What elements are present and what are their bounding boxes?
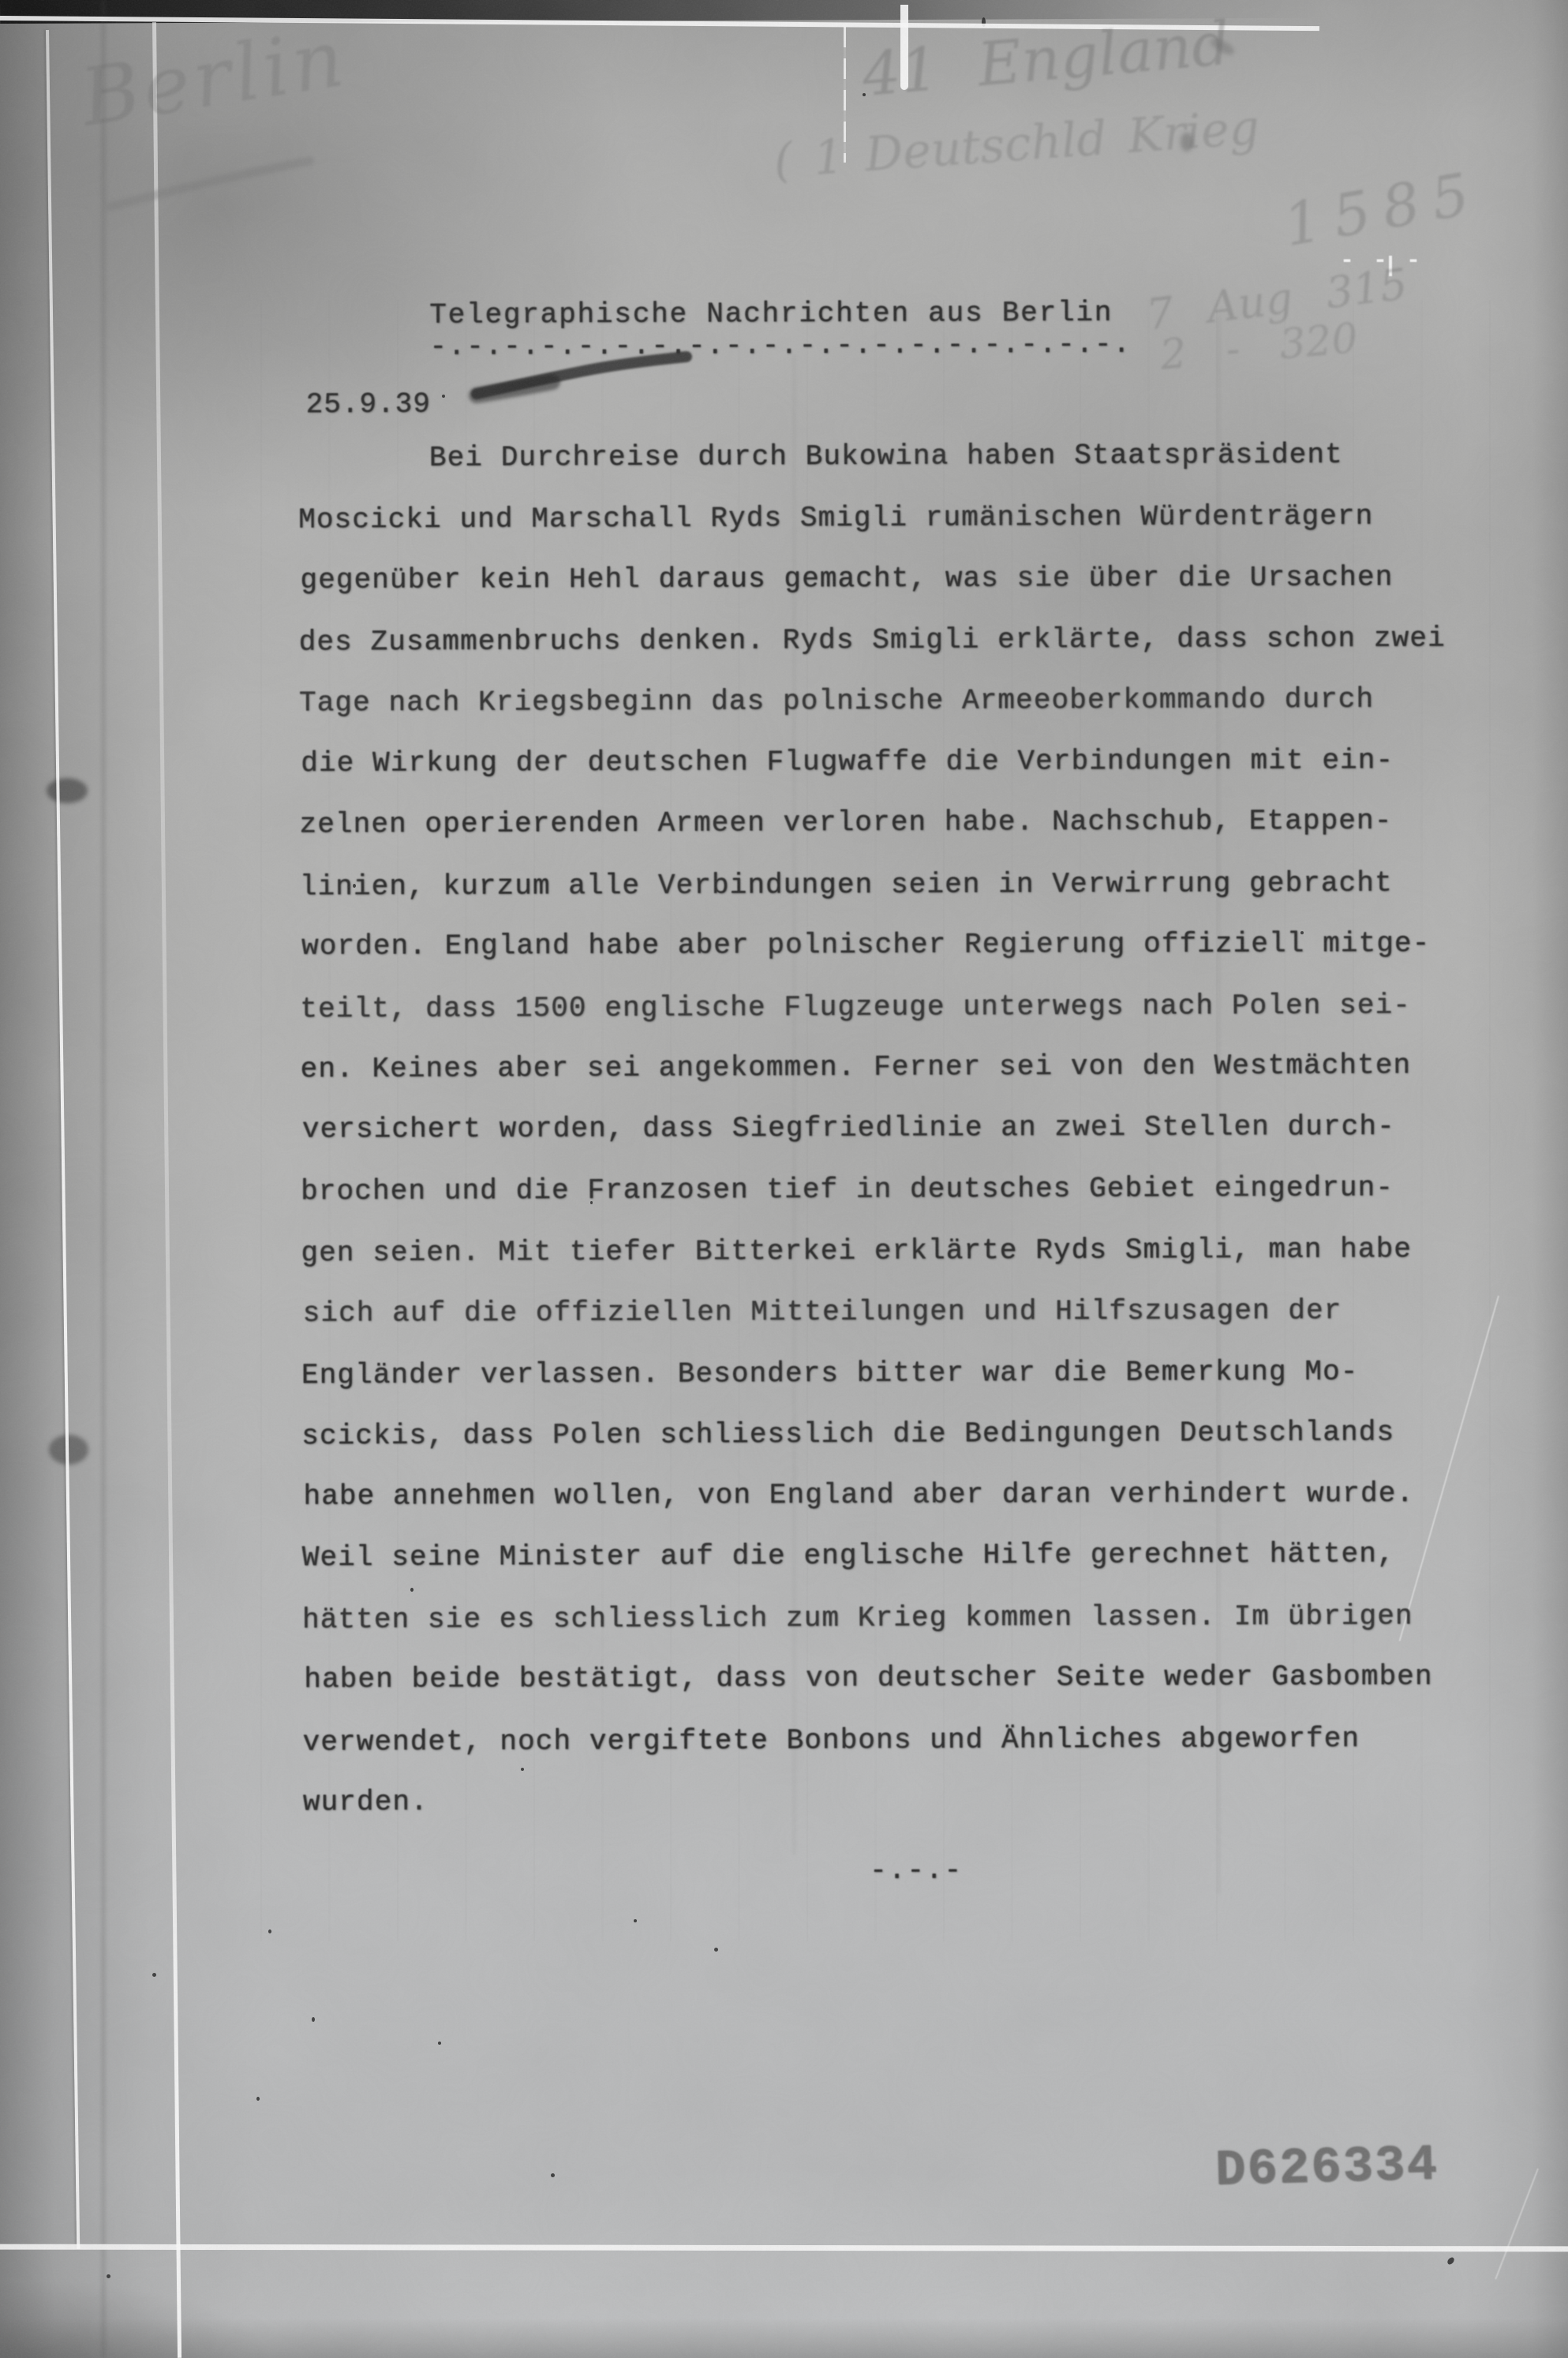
typed-line: Weil seine Minister auf die englische Hi… bbox=[302, 1524, 1449, 1589]
typed-line: Moscicki und Marschall Ryds Smigli rumän… bbox=[298, 486, 1445, 551]
typed-line: zelnen operierenden Armeen verloren habe… bbox=[299, 791, 1446, 855]
archive-stamp-number: D626334 bbox=[1214, 2137, 1439, 2199]
typed-line: worden. England habe aber polnischer Reg… bbox=[301, 913, 1448, 977]
typed-line: scickis, dass Polen schliesslich die Bed… bbox=[301, 1402, 1448, 1466]
document-date: 25.9.39 bbox=[306, 388, 431, 421]
typed-line: gen seien. Mit tiefer Bitterkei erklärte… bbox=[301, 1219, 1447, 1284]
typed-line: sich auf die offiziellen Mitteilungen un… bbox=[303, 1280, 1450, 1344]
typed-line: verwendet, noch vergiftete Bonbons und Ä… bbox=[302, 1708, 1449, 1772]
typed-line: des Zusammenbruchs denken. Ryds Smigli e… bbox=[299, 608, 1446, 673]
typed-line: teilt, dass 1500 englische Flugzeuge unt… bbox=[300, 975, 1446, 1039]
typed-paragraph: Bei Durchreise durch Bukowina haben Staa… bbox=[298, 424, 1450, 1832]
end-mark: -.-.- bbox=[870, 1854, 963, 1886]
typed-line: brochen und die Franzosen tief in deutsc… bbox=[301, 1157, 1447, 1222]
typed-line: versichert worden, dass Siegfriedlinie a… bbox=[302, 1096, 1449, 1160]
typed-line: Engländer verlassen. Besonders bitter wa… bbox=[301, 1341, 1448, 1405]
typed-line: linien, kurzum alle Verbindungen seien i… bbox=[300, 852, 1446, 917]
typed-line: Bei Durchreise durch Bukowina haben Staa… bbox=[298, 424, 1445, 488]
typed-line: haben beide bestätigt, dass von deutsche… bbox=[304, 1646, 1450, 1710]
typed-line: gegenüber kein Hehl daraus gemacht, was … bbox=[300, 547, 1446, 611]
typed-line: die Wirkung der deutschen Flugwaffe die … bbox=[301, 730, 1447, 794]
title-underline: -.-.-.-.-.-.-.-.-.-.-.-.-.-.-.-.-.-.-. bbox=[429, 328, 1131, 363]
typed-line: en. Keines aber sei angekommen. Ferner s… bbox=[301, 1035, 1447, 1099]
typed-line: hätten sie es schliesslich zum Krieg kom… bbox=[302, 1585, 1449, 1650]
typed-line: habe annehmen wollen, von England aber d… bbox=[303, 1463, 1450, 1527]
typed-layer: Telegraphische Nachrichten aus Berlin -.… bbox=[0, 0, 1568, 2358]
scanned-document-page: - - - Berlin 41 England ( 1 Deutschld Kr… bbox=[0, 0, 1568, 2358]
typed-line: Tage nach Kriegsbeginn das polnische Arm… bbox=[299, 668, 1446, 733]
document-title: Telegraphische Nachrichten aus Berlin bbox=[429, 297, 1113, 331]
typed-line: wurden. bbox=[303, 1768, 1450, 1832]
